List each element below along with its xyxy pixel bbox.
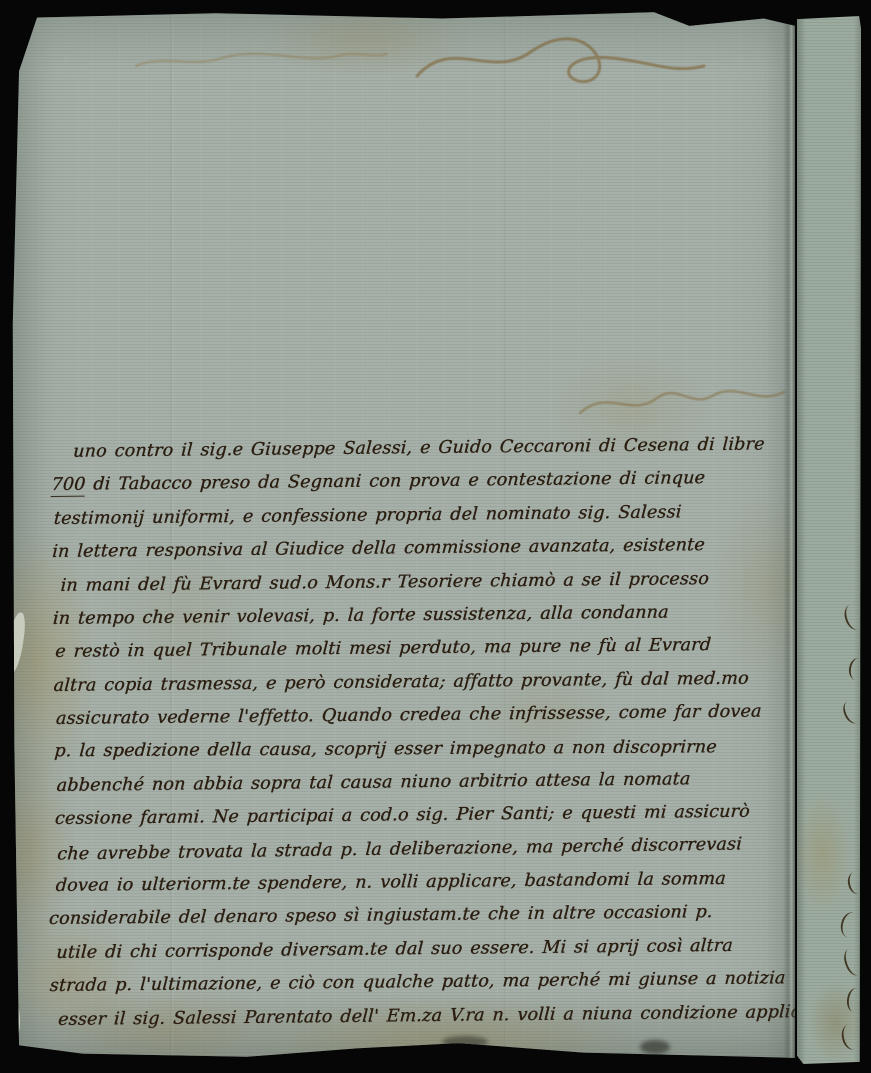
manuscript-page: uno contro il sig.e Giuseppe Salessi, e … (12, 8, 795, 1061)
adjacent-page-ink-fragment (840, 698, 861, 727)
torn-edge-flap (5, 997, 22, 1038)
fold-crease-main (783, 8, 795, 1061)
adjacent-page-ink-fragment (839, 1022, 861, 1052)
bottom-smudge (640, 1040, 670, 1054)
manuscript-line: esser il sig. Salessi Parentato dell' Em… (57, 996, 806, 1037)
manuscript-text: uno contro il sig.e Giuseppe Salessi, e … (53, 428, 805, 1037)
manuscript-line: assicurato vederne l'effetto. Quando cre… (55, 695, 803, 736)
ink-bleed-mark (412, 26, 712, 96)
adjacent-page-ink-fragment (841, 602, 861, 632)
ink-bleed-mark (132, 38, 392, 78)
adjacent-page-ink-fragment (845, 987, 861, 1013)
adjacent-page-strip (797, 16, 861, 1064)
adjacent-page-ink-fragment (841, 946, 861, 978)
torn-edge-flap (4, 611, 27, 674)
ink-bleed-mark (572, 368, 792, 428)
adjacent-page-ink-fragment (847, 657, 861, 681)
scan-background: uno contro il sig.e Giuseppe Salessi, e … (0, 0, 871, 1073)
adjacent-page-ink-fragment (846, 871, 861, 896)
adjacent-page-ink-fragment (838, 910, 861, 940)
bottom-smudge (442, 1036, 488, 1048)
